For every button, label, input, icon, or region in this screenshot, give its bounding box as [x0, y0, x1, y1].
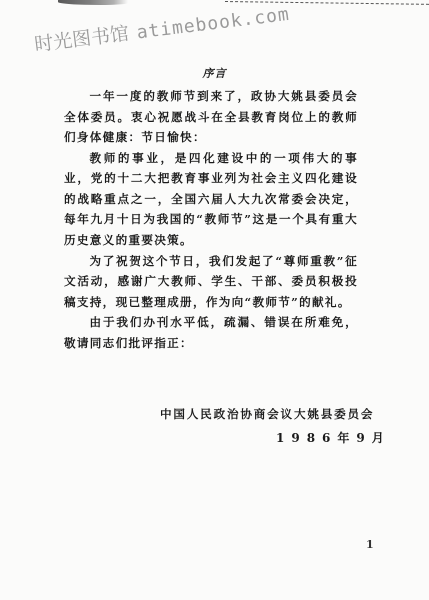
- watermark: 时光图书馆atimebook.com: [33, 0, 291, 57]
- watermark-url: atimebook.com: [136, 4, 291, 44]
- date: 1986年9月: [276, 429, 391, 446]
- paragraph: 教师的事业，是四化建设中的一项伟大的事业，党的十二大把教育事业列为社会主义四化建…: [64, 148, 358, 251]
- page-title: 序言: [0, 65, 429, 81]
- document-body: 一年一度的教师节到来了，政协大姚县委员会全体委员。衷心祝愿战斗在全县教育岗位上的…: [64, 86, 358, 354]
- scan-artifact: [58, 0, 128, 5]
- watermark-chinese: 时光图书馆: [33, 23, 130, 56]
- paragraph: 一年一度的教师节到来了，政协大姚县委员会全体委员。衷心祝愿战斗在全县教育岗位上的…: [64, 86, 358, 148]
- paragraph: 为了祝贺这个节日，我们发起了“尊师重教”征文活动，感谢广大教师、学生、干部、委员…: [64, 251, 358, 313]
- signature: 中国人民政治协商会议大姚县委员会: [160, 406, 374, 422]
- paragraph: 由于我们办刊水平低，疏漏、错误在所难免，敬请同志们批评指正：: [64, 312, 358, 353]
- page-number: 1: [366, 538, 374, 551]
